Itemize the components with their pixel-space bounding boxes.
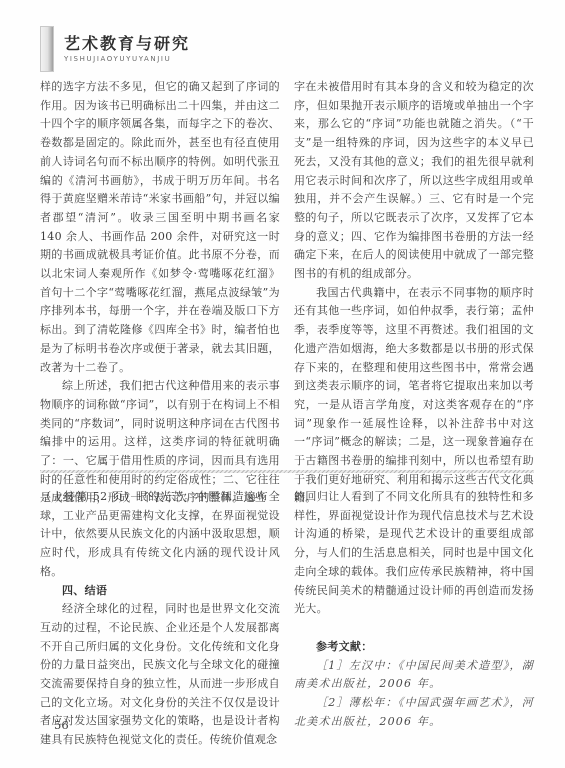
body-paragraph: 的回归让人看到了不同文化所具有的独特性和多样性，界面视觉设计作为现代信息技术与艺… [294, 488, 534, 619]
bottom-article-left-column: （上接第 52 页）眼的光芒。中国制造遍布全球，工业产品更需建构文化支撑，在界面… [40, 488, 280, 750]
reference-item: ［2］薄松年：《中国武强年画艺术》，河北美术出版社，2006 年。 [294, 694, 534, 731]
body-paragraph: 我国古代典籍中，在表示不同事物的顺序时还有其他一些序词，如伯仲叔季，表行第；孟仲… [294, 284, 534, 508]
reference-item: ［1］左汉中：《中国民间美术造型》，湖南美术出版社，2006 年。 [294, 657, 534, 694]
journal-logo-bar [40, 26, 54, 72]
journal-masthead: 艺术教育与研究 YISHUJIAOYUYUYANJIU [64, 26, 190, 72]
references-heading: 参考文献： [294, 638, 534, 657]
journal-page: 艺术教育与研究 YISHUJIAOYUYUYANJIU 样的选字方法不多见，但它… [0, 0, 565, 768]
section-heading-conclusion: 四、结语 [40, 582, 280, 601]
body-paragraph: 样的选字方法不多见，但它的确又起到了序词的作用。因为该书已明确标出二十四集，并由… [40, 78, 280, 377]
top-article: 样的选字方法不多见，但它的确又起到了序词的作用。因为该书已明确标出二十四集，并由… [40, 78, 534, 508]
top-article-right-column: 字在未被借用时有其本身的含义和较为稳定的次序，但如果抛开表示顺序的语境或单抽出一… [294, 78, 534, 508]
body-paragraph: 经济全球化的过程，同时也是世界文化交流互动的过程，不论民族、企业还是个人发展都离… [40, 600, 280, 750]
journal-subtitle-pinyin: YISHUJIAOYUYUYANJIU [64, 55, 190, 63]
bottom-article-right-column: 的回归让人看到了不同文化所具有的独特性和多样性，界面视觉设计作为现代信息技术与艺… [294, 488, 534, 750]
top-article-left-column: 样的选字方法不多见，但它的确又起到了序词的作用。因为该书已明确标出二十四集，并由… [40, 78, 280, 508]
body-paragraph: 字在未被借用时有其本身的含义和较为稳定的次序，但如果抛开表示顺序的语境或单抽出一… [294, 78, 534, 284]
continuation-paragraph: （上接第 52 页）眼的光芒。中国制造遍布全球，工业产品更需建构文化支撑，在界面… [40, 488, 280, 582]
page-number: 56 [54, 718, 69, 732]
section-divider [40, 470, 534, 473]
bottom-article: （上接第 52 页）眼的光芒。中国制造遍布全球，工业产品更需建构文化支撑，在界面… [40, 488, 534, 750]
page-header: 艺术教育与研究 YISHUJIAOYUYUYANJIU [40, 26, 190, 72]
journal-title: 艺术教育与研究 [64, 35, 190, 53]
